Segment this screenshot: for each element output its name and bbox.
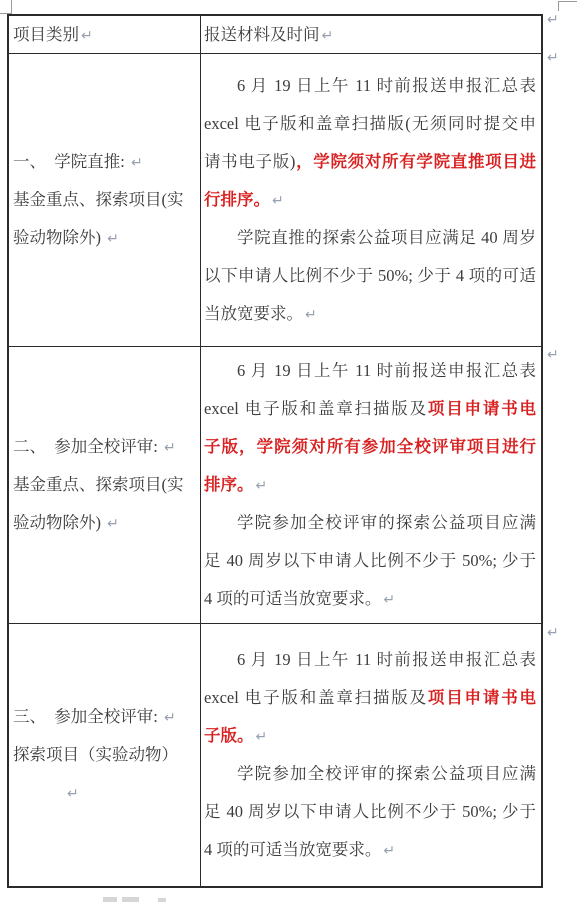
paragraph-mark: ↵: [254, 729, 268, 745]
body-text: 项目类别: [13, 25, 79, 44]
paragraph-mark: ↵: [381, 843, 395, 859]
paragraph-mark: ↵: [162, 710, 176, 726]
text-line: 子版，学院须对所有参加全校评审项目进行: [204, 428, 536, 466]
clipped-text-fragment: [122, 897, 139, 902]
text-line: 学院参加全校评审的探索公益项目应满: [204, 755, 536, 793]
paragraph-mark: ↵: [381, 592, 395, 608]
row-2-school-review-left-cell: 二、 参加全校评审: ↵基金重点、探索项目(实验动物除外) ↵: [9, 347, 201, 623]
row-end-mark: ↵: [547, 625, 569, 641]
clipped-corner-fragment-top-left: [0, 0, 12, 14]
body-text: 4 项的可适当放宽要求。: [204, 589, 381, 608]
text-line: ↵: [13, 774, 198, 812]
text-line: 学院参加全校评审的探索公益项目应满: [204, 504, 536, 542]
paragraph-mark: ↵: [320, 28, 334, 44]
paragraph-mark: ↵: [254, 478, 268, 494]
emphasis-red-text: 排序。: [204, 475, 254, 494]
body-text: 二、 参加全校评审:: [13, 437, 162, 456]
paragraph-mark: ↵: [105, 516, 119, 532]
emphasis-red-text: 行排序。: [204, 190, 270, 209]
body-text: 基金重点、探索项目(实: [13, 190, 184, 209]
text-line: 排序。↵: [204, 466, 536, 504]
text-line: 6 月 19 日上午 11 时前报送申报汇总表: [204, 641, 536, 679]
text-line: excel 电子版和盖章扫描版及项目申请书电: [204, 679, 536, 717]
text-line: 以下申请人比例不少于 50%; 少于 4 项的可适: [204, 257, 536, 295]
body-text: excel 电子版和盖章扫描版及: [204, 399, 428, 418]
emphasis-red-text: 项目申请书电: [428, 688, 536, 707]
body-text: excel 电子版和盖章扫描版(无须同时提交申: [204, 114, 536, 133]
text-line: 验动物除外) ↵: [13, 219, 198, 257]
body-text: 6 月 19 日上午 11 时前报送申报汇总表: [237, 76, 536, 95]
body-text: 报送材料及时间: [204, 25, 320, 44]
text-line: 足 40 周岁以下申请人比例不少于 50%; 少于: [204, 542, 536, 580]
row-end-mark: ↵: [547, 12, 569, 28]
body-text: 探索项目（实验动物）: [13, 745, 178, 764]
body-text: 学院直推的探索公益项目应满足 40 周岁: [237, 228, 536, 247]
paragraph-mark: ↵: [79, 28, 93, 44]
row-1-college-direct-left-cell: 一、 学院直推: ↵基金重点、探索项目(实验动物除外) ↵: [9, 54, 201, 346]
body-text: 足 40 周岁以下申请人比例不少于 50%; 少于: [204, 802, 536, 821]
table-row-header: 项目类别↵报送材料及时间↵: [9, 16, 541, 53]
body-text: excel 电子版和盖章扫描版及: [204, 688, 428, 707]
text-line: 验动物除外) ↵: [13, 504, 198, 542]
table-row-row-2-school-review: 二、 参加全校评审: ↵基金重点、探索项目(实验动物除外) ↵6 月 19 日上…: [9, 346, 541, 623]
body-text: 6 月 19 日上午 11 时前报送申报汇总表: [237, 361, 536, 380]
text-line: 子版。↵: [204, 717, 536, 755]
body-text: 验动物除外): [13, 228, 105, 247]
text-line: 项目类别↵: [13, 16, 198, 53]
text-line: 请书电子版)，学院须对所有学院直推项目进: [204, 143, 536, 181]
paragraph-mark: ↵: [129, 155, 143, 171]
paragraph-mark: ↵: [303, 307, 317, 323]
row-end-mark: ↵: [547, 50, 569, 66]
header-left-cell: 项目类别↵: [9, 16, 201, 53]
submission-table: 项目类别↵报送材料及时间↵一、 学院直推: ↵基金重点、探索项目(实验动物除外)…: [7, 14, 543, 888]
text-line: 一、 学院直推: ↵: [13, 143, 198, 181]
paragraph-mark: ↵: [162, 440, 176, 456]
clipped-corner-fragment-top-right: [558, 1, 577, 11]
body-text: 一、 学院直推:: [13, 152, 129, 171]
paragraph-mark: ↵: [65, 786, 79, 802]
body-text: 三、 参加全校评审:: [13, 707, 162, 726]
body-text: 6 月 19 日上午 11 时前报送申报汇总表: [237, 650, 536, 669]
table-row-row-1-college-direct: 一、 学院直推: ↵基金重点、探索项目(实验动物除外) ↵6 月 19 日上午 …: [9, 53, 541, 346]
row-2-school-review-right-cell: 6 月 19 日上午 11 时前报送申报汇总表excel 电子版和盖章扫描版及项…: [201, 347, 541, 623]
text-line: 4 项的可适当放宽要求。↵: [204, 831, 536, 869]
body-text: 基金重点、探索项目(实: [13, 475, 184, 494]
text-line: 基金重点、探索项目(实: [13, 466, 198, 504]
text-line: 报送材料及时间↵: [204, 16, 536, 53]
body-text: 足 40 周岁以下申请人比例不少于 50%; 少于: [204, 551, 536, 570]
emphasis-red-text: 子版，学院须对所有参加全校评审项目进行: [204, 437, 536, 456]
body-text: 学院参加全校评审的探索公益项目应满: [237, 513, 536, 532]
text-line: 6 月 19 日上午 11 时前报送申报汇总表: [204, 352, 536, 390]
text-line: 三、 参加全校评审: ↵: [13, 698, 198, 736]
text-line: 二、 参加全校评审: ↵: [13, 428, 198, 466]
row-3-school-review-animal-right-cell: 6 月 19 日上午 11 时前报送申报汇总表excel 电子版和盖章扫描版及项…: [201, 624, 541, 886]
paragraph-mark: ↵: [105, 231, 119, 247]
body-text: 请书电子版): [204, 152, 295, 171]
header-right-cell: 报送材料及时间↵: [201, 16, 541, 53]
text-line: 学院直推的探索公益项目应满足 40 周岁: [204, 219, 536, 257]
row-1-college-direct-right-cell: 6 月 19 日上午 11 时前报送申报汇总表excel 电子版和盖章扫描版(无…: [201, 54, 541, 346]
text-line: 当放宽要求。↵: [204, 295, 536, 333]
body-text: 学院参加全校评审的探索公益项目应满: [237, 764, 536, 783]
table-row-row-3-school-review-animal: 三、 参加全校评审: ↵探索项目（实验动物）↵6 月 19 日上午 11 时前报…: [9, 623, 541, 886]
text-line: 行排序。↵: [204, 181, 536, 219]
emphasis-red-text: 子版。: [204, 726, 254, 745]
body-text: 以下申请人比例不少于 50%; 少于 4 项的可适: [204, 266, 536, 285]
clipped-text-fragment: [103, 897, 117, 902]
clipped-text-fragment: [158, 898, 166, 902]
emphasis-red-text: ，学院须对所有学院直推项目进: [295, 152, 536, 171]
paragraph-mark: ↵: [270, 193, 284, 209]
body-text: 4 项的可适当放宽要求。: [204, 840, 381, 859]
row-3-school-review-animal-left-cell: 三、 参加全校评审: ↵探索项目（实验动物）↵: [9, 624, 201, 886]
emphasis-red-text: 项目申请书电: [428, 399, 536, 418]
word-document-table-view: 项目类别↵报送材料及时间↵一、 学院直推: ↵基金重点、探索项目(实验动物除外)…: [0, 0, 577, 903]
text-line: 基金重点、探索项目(实: [13, 181, 198, 219]
body-text: 验动物除外): [13, 513, 105, 532]
row-end-mark: ↵: [547, 347, 569, 363]
body-text: 当放宽要求。: [204, 304, 303, 323]
text-line: 足 40 周岁以下申请人比例不少于 50%; 少于: [204, 793, 536, 831]
text-line: 4 项的可适当放宽要求。↵: [204, 580, 536, 618]
text-line: 6 月 19 日上午 11 时前报送申报汇总表: [204, 67, 536, 105]
text-line: 探索项目（实验动物）: [13, 736, 198, 774]
text-line: excel 电子版和盖章扫描版(无须同时提交申: [204, 105, 536, 143]
text-line: excel 电子版和盖章扫描版及项目申请书电: [204, 390, 536, 428]
